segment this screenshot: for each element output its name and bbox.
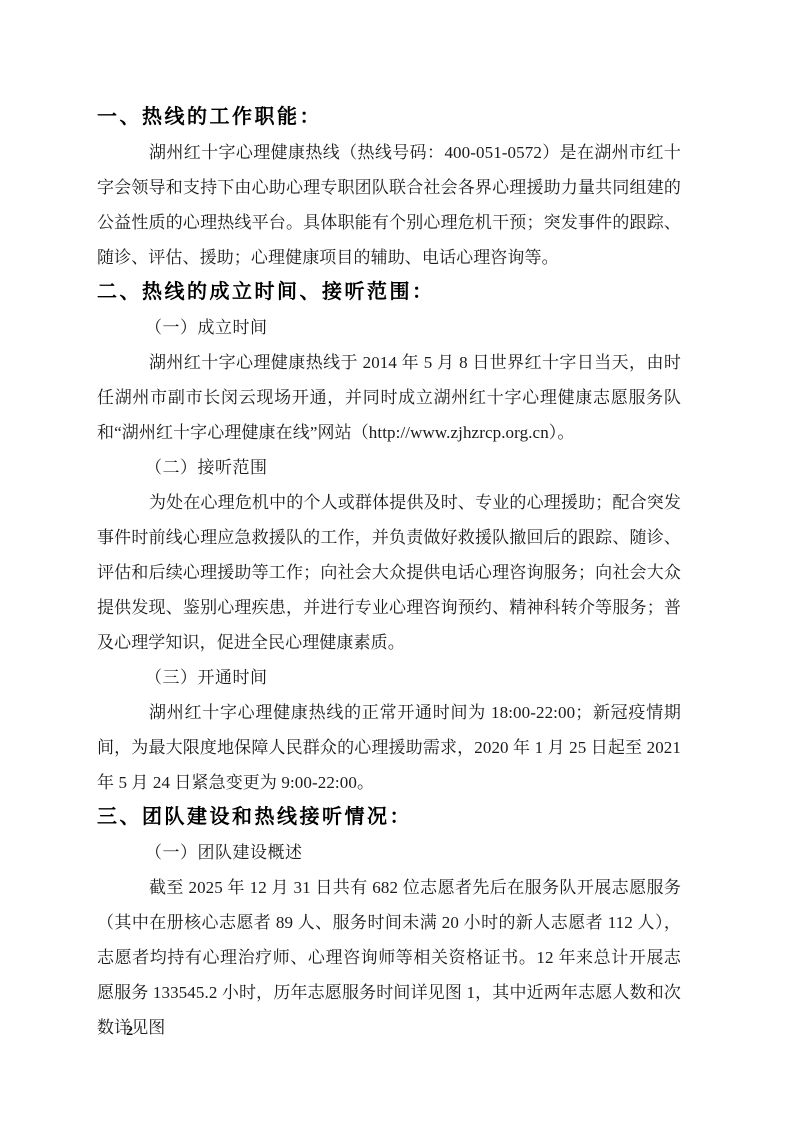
document-page: 一、热线的工作职能： 湖州红十字心理健康热线（热线号码：400-051-0572… <box>0 0 794 1123</box>
section-heading-3: 三、团队建设和热线接听情况： <box>97 800 681 835</box>
page-number: 2 <box>126 1022 133 1042</box>
document-body: 一、热线的工作职能： 湖州红十字心理健康热线（热线号码：400-051-0572… <box>97 100 681 1045</box>
paragraph-team-overview: 截至 2025 年 12 月 31 日共有 682 位志愿者先后在服务队开展志愿… <box>97 870 681 1045</box>
paragraph-hotline-functions: 湖州红十字心理健康热线（热线号码：400-051-0572）是在湖州市红十字会领… <box>97 135 681 275</box>
paragraph-founding-time: 湖州红十字心理健康热线于 2014 年 5 月 8 日世界红十字日当天，由时任湖… <box>97 345 681 450</box>
paragraph-service-scope: 为处在心理危机中的个人或群体提供及时、专业的心理援助；配合突发事件时前线心理应急… <box>97 485 681 660</box>
sub-heading-service-scope: （二）接听范围 <box>97 450 681 485</box>
paragraph-opening-hours: 湖州红十字心理健康热线的正常开通时间为 18:00-22:00；新冠疫情期间，为… <box>97 695 681 800</box>
sub-heading-founding-time: （一）成立时间 <box>97 310 681 345</box>
section-heading-2: 二、热线的成立时间、接听范围： <box>97 275 681 310</box>
section-heading-1: 一、热线的工作职能： <box>97 100 681 135</box>
sub-heading-team-overview: （一）团队建设概述 <box>97 835 681 870</box>
sub-heading-opening-hours: （三）开通时间 <box>97 660 681 695</box>
